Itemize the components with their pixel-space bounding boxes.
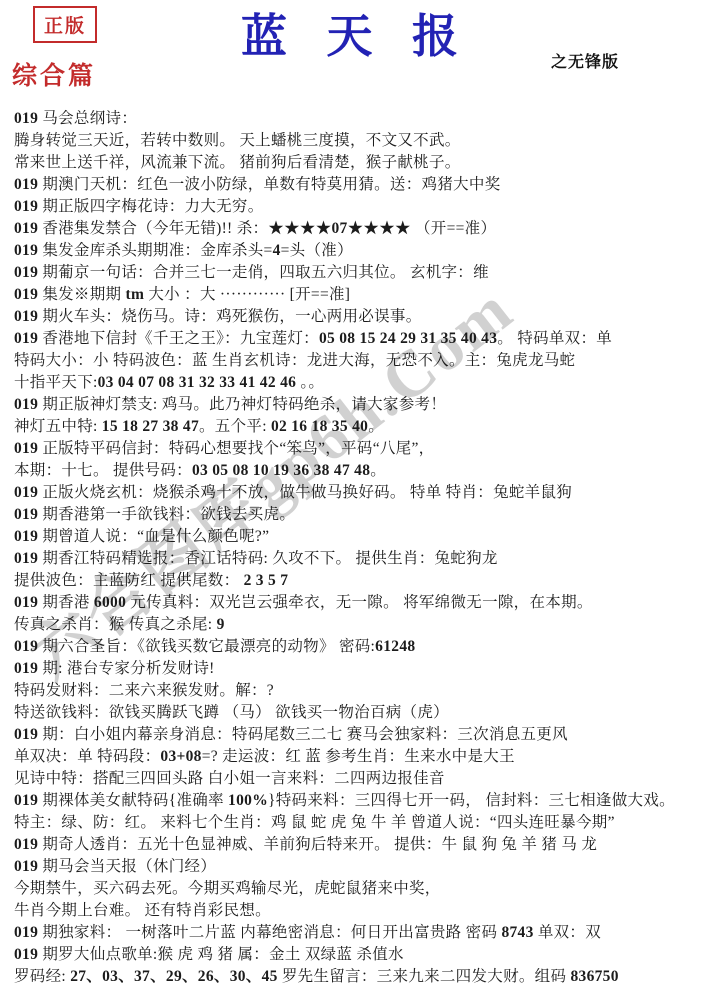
report-line: 本期：十七。 提供号码：03 05 08 10 19 36 38 47 48。 bbox=[14, 460, 707, 482]
report-line: 019 期：白小姐内幕亲身消息：特码尾数三二七 赛马会独家料：三次消息五更风 bbox=[14, 724, 707, 746]
report-line: 019 期正版四字梅花诗：力大无穷。 bbox=[14, 196, 707, 218]
report-line: 019 期奇人透肖：五光十色显神威、羊前狗后特来开。 提供：牛 鼠 狗 兔 羊 … bbox=[14, 834, 707, 856]
report-line: 019 期香港第一手欲钱料：欲钱去买虎。 bbox=[14, 504, 707, 526]
report-line: 019 期澳门天机：红色一波小防绿，单数有特莫用猜。送：鸡猪大中奖 bbox=[14, 174, 707, 196]
report-line: 019 期正版神灯禁支: 鸡马。此乃神灯特码绝杀，请大家参考！ bbox=[14, 394, 707, 416]
report-line: 提供波色：主蓝防红 提供尾数： 2 3 5 7 bbox=[14, 570, 707, 592]
report-line: 019 期独家料： 一树落叶二片蓝 内幕绝密消息：何日开出富贵路 密码 8743… bbox=[14, 922, 707, 944]
edition-label: 之无锋版 bbox=[551, 49, 619, 72]
report-line: 019 期火车头：烧伤马。诗：鸡死猴伤，一心两用必误事。 bbox=[14, 306, 707, 328]
report-line: 单双决：单 特码段：03+08=? 走运波：红 蓝 参考生肖：生来水中是大王 bbox=[14, 746, 707, 768]
report-line: 019 期香江特码精选报：香江话特码: 久攻不下。 提供生肖：兔蛇狗龙 bbox=[14, 548, 707, 570]
report-line: 019 马会总纲诗： bbox=[14, 108, 707, 130]
page-header: 蓝 天 报 正版 之无锋版 综合篇 bbox=[0, 0, 713, 108]
report-line: 019 期裸体美女献特码{准确率 100%}特码来料：三四得七开一码， 信封料：… bbox=[14, 790, 707, 812]
report-line: 019 期葡京一句话：合并三七一走俏，四取五六归其位。 玄机字：维 bbox=[14, 262, 707, 284]
report-line: 腾身转觉三天近，若转中数则。 天上蟠桃三度摸，不文又不武。 bbox=[14, 130, 707, 152]
report-line: 019 集发金库杀头期期准：金库杀头=4=头（准） bbox=[14, 240, 707, 262]
newspaper-page: 六合图库gp6h.Com 蓝 天 报 正版 之无锋版 综合篇 019 马会总纲诗… bbox=[0, 0, 713, 987]
report-line: 常来世上送千祥，风流兼下流。 猪前狗后看清楚，猴子献桃子。 bbox=[14, 152, 707, 174]
report-line: 019 期马会当天报（休门经） bbox=[14, 856, 707, 878]
report-line: 今期禁牛，买六码去死。今期买鸡输尽光，虎蛇鼠猪来中奖， bbox=[14, 878, 707, 900]
report-line: 019 期六合圣旨：《欲钱买数它最漂亮的动物》 密码:61248 bbox=[14, 636, 707, 658]
report-line: 十指平天下:03 04 07 08 31 32 33 41 42 46 。。 bbox=[14, 372, 707, 394]
report-line: 牛肖今期上台难。 还有特肖彩民想。 bbox=[14, 900, 707, 922]
authentic-badge: 正版 bbox=[33, 6, 97, 43]
section-heading: 综合篇 bbox=[12, 56, 96, 92]
report-line: 019 香港地下信封《千王之王》：九宝莲灯：05 08 15 24 29 31 … bbox=[14, 328, 707, 350]
report-line: 019 期: 港台专家分析发财诗! bbox=[14, 658, 707, 680]
report-line: 特码大小：小 特码波色：蓝 生肖玄机诗：龙进大海，无恐不入。主：兔虎龙马蛇 bbox=[14, 350, 707, 372]
report-line: 019 期罗大仙点歌单:猴 虎 鸡 猪 属：金土 双绿蓝 杀值水 bbox=[14, 944, 707, 966]
report-line: 罗码经: 27、03、37、29、26、30、45 罗先生留言：三来九来二四发大… bbox=[14, 966, 707, 987]
report-line: 019 期曾道人说：“血是什么颜色呢?” bbox=[14, 526, 707, 548]
report-line: 019 正版特平码信封：特码心想要找个“笨鸟”，平码“八尾”， bbox=[14, 438, 707, 460]
report-line: 神灯五中特: 15 18 27 38 47。五个平: 02 16 18 35 4… bbox=[14, 416, 707, 438]
report-line: 019 正版火烧玄机：烧猴杀鸡十不放，做牛做马换好码。 特单 特肖：兔蛇羊鼠狗 bbox=[14, 482, 707, 504]
report-line: 特送欲钱料：欲钱买腾跃飞蹲 （马） 欲钱买一物治百病（虎） bbox=[14, 702, 707, 724]
report-line: 019 集发※期期 tm 大小 ：大 ············ [开==准] bbox=[14, 284, 707, 306]
report-line: 传真之杀肖：猴 传真之杀尾: 9 bbox=[14, 614, 707, 636]
report-body: 019 马会总纲诗：腾身转觉三天近，若转中数则。 天上蟠桃三度摸，不文又不武。常… bbox=[0, 108, 713, 987]
report-line: 特码发财料：二来六来猴发财。解：? bbox=[14, 680, 707, 702]
report-line: 019 期香港 6000 元传真料：双光岂云强牵衣，无一隙。 将军绵微无一隙，在… bbox=[14, 592, 707, 614]
report-line: 019 香港集发禁合（今年无错)!! 杀：★★★★07★★★★ （开==准） bbox=[14, 218, 707, 240]
report-line: 见诗中特：搭配三四回头路 白小姐一言来料：二四两边报佳音 bbox=[14, 768, 707, 790]
report-line: 特主：绿、防：红。 来料七个生肖：鸡 鼠 蛇 虎 兔 牛 羊 曾道人说：“四头连… bbox=[14, 812, 707, 834]
